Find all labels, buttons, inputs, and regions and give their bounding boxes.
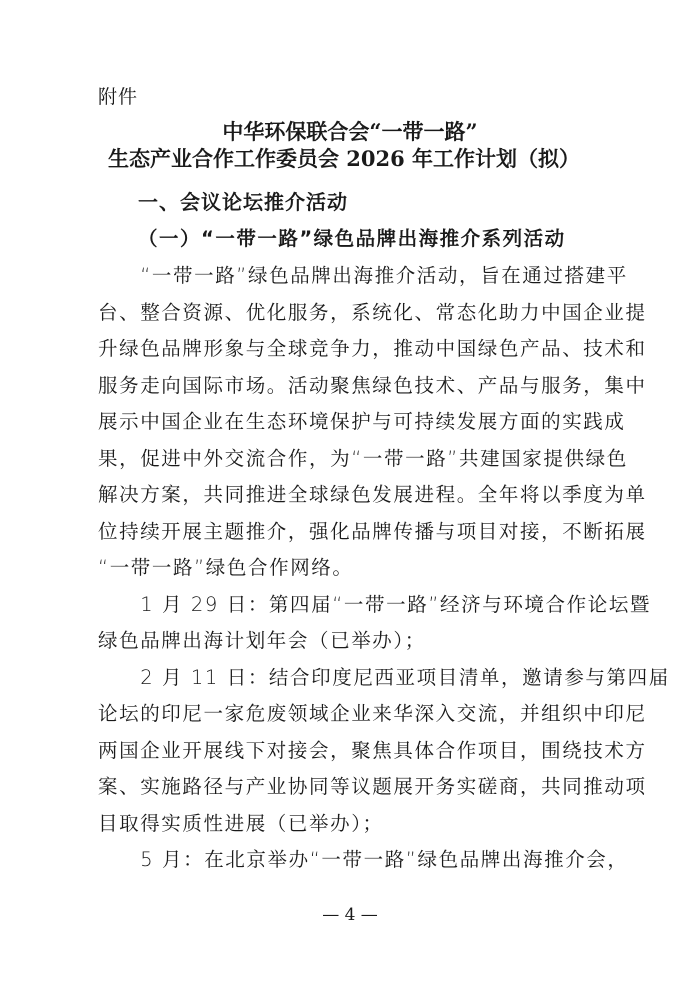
text-line: 台、整合资源、优化服务，系统化、常态化助力中国企业提 xyxy=(98,295,588,332)
document-title-line2: 生态产业合作工作委员会 2026 年工作计划（拟） xyxy=(0,145,694,173)
text-line: 5 月：在北京举办“一带一路”绿色品牌出海推介会， xyxy=(98,842,588,879)
body-text: “一带一路”绿色品牌出海推介活动，旨在通过搭建平 台、整合资源、优化服务，系统化… xyxy=(98,258,588,879)
text-line: 目取得实质性进展（已举办）； xyxy=(98,806,588,843)
text-line: 果，促进中外交流合作，为“一带一路”共建国家提供绿色 xyxy=(98,441,588,478)
attachment-label: 附件 xyxy=(98,82,138,109)
document-title-line1: 中华环保联合会“一带一路” xyxy=(0,118,700,146)
paragraph-may: 5 月：在北京举办“一带一路”绿色品牌出海推介会， xyxy=(98,842,588,879)
text-line: 绿色品牌出海计划年会（已举办）； xyxy=(98,623,588,660)
document-page: 附件 中华环保联合会“一带一路” 生态产业合作工作委员会 2026 年工作计划（… xyxy=(0,0,700,989)
section-heading: 一、会议论坛推介活动 xyxy=(138,186,348,215)
page-number: — 4 — xyxy=(0,905,700,925)
text-line: “一带一路”绿色品牌出海推介活动，旨在通过搭建平 xyxy=(98,258,588,295)
text-line: 位持续开展主题推介，强化品牌传播与项目对接，不断拓展 xyxy=(98,514,588,551)
text-line: 解决方案，共同推进全球绿色发展进程。全年将以季度为单 xyxy=(98,477,588,514)
text-line: 升绿色品牌形象与全球竞争力，推动中国绿色产品、技术和 xyxy=(98,331,588,368)
text-line: 展示中国企业在生态环境保护与可持续发展方面的实践成 xyxy=(98,404,588,441)
text-line: 案、实施路径与产业协同等议题展开务实磋商，共同推动项 xyxy=(98,769,588,806)
text-line: 2 月 11 日：结合印度尼西亚项目清单，邀请参与第四届 xyxy=(98,660,588,697)
text-line: 1 月 29 日：第四届“一带一路”经济与环境合作论坛暨 xyxy=(98,587,588,624)
subsection-heading: （一）“一带一路”绿色品牌出海推介系列活动 xyxy=(138,223,566,251)
text-line: 两国企业开展线下对接会，聚焦具体合作项目，围绕技术方 xyxy=(98,733,588,770)
paragraph-feb-11: 2 月 11 日：结合印度尼西亚项目清单，邀请参与第四届 论坛的印尼一家危废领域… xyxy=(98,660,588,843)
text-line: “一带一路”绿色合作网络。 xyxy=(98,550,588,587)
paragraph-intro: “一带一路”绿色品牌出海推介活动，旨在通过搭建平 台、整合资源、优化服务，系统化… xyxy=(98,258,588,587)
text-line: 论坛的印尼一家危废领域企业来华深入交流，并组织中印尼 xyxy=(98,696,588,733)
text-line: 服务走向国际市场。活动聚焦绿色技术、产品与服务，集中 xyxy=(98,368,588,405)
paragraph-jan-29: 1 月 29 日：第四届“一带一路”经济与环境合作论坛暨 绿色品牌出海计划年会（… xyxy=(98,587,588,660)
